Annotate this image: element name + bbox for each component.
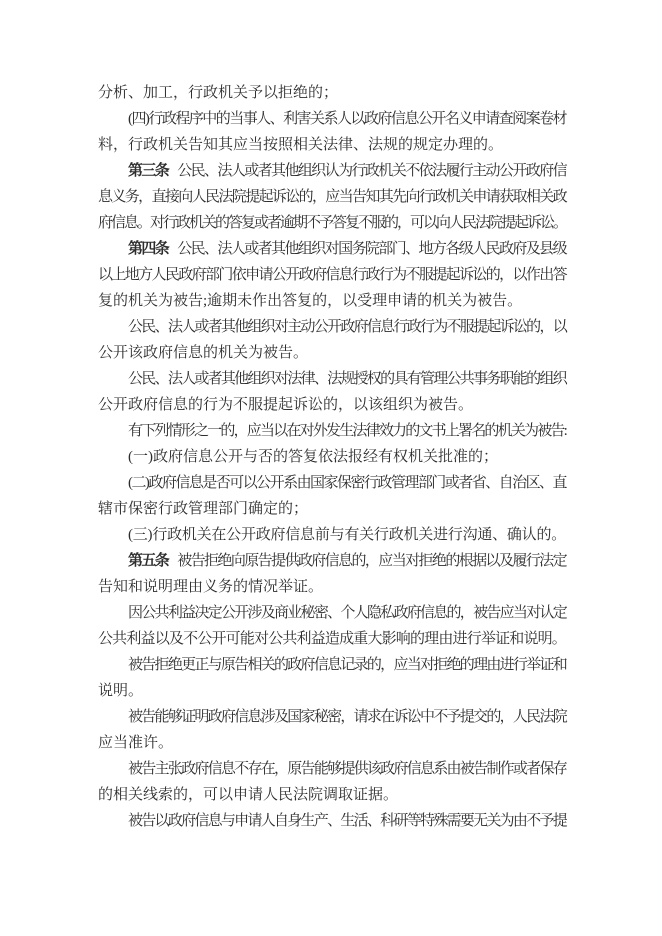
line-text: 公民、法人或者其他组织对主动公开政府信息行政行为不服提起诉讼的，以	[128, 319, 566, 335]
text-line: 公开政府信息的行为不服提起诉讼的，以该组织为被告。	[98, 392, 566, 418]
line-text: 息义务，直接向人民法院提起诉讼的，应当告知其先向行政机关申请获取相关政	[98, 189, 566, 205]
line-text: 被告能够证明政府信息涉及国家秘密，请求在诉讼中不予提交的，人民法院	[128, 709, 566, 725]
line-text: 因公共利益决定公开涉及商业秘密、个人隐私政府信息的，被告应当对认定	[128, 605, 566, 621]
text-line: 料，行政机关告知其应当按照相关法律、法规的规定办理的。	[98, 132, 566, 158]
text-line: 被告主张政府信息不存在，原告能够提供该政府信息系由被告制作或者保存	[98, 756, 566, 782]
line-text: 以上地方人民政府部门依申请公开政府信息行政行为不服提起诉讼的，以作出答	[98, 267, 566, 283]
article-number: 第五条	[128, 553, 168, 569]
line-text: (一)政府信息公开与否的答复依法报经有权机关批准的；	[128, 449, 498, 465]
text-line: 第五条被告拒绝向原告提供政府信息的，应当对拒绝的根据以及履行法定	[98, 548, 566, 574]
line-text: 被告以政府信息与申请人自身生产、生活、科研等特殊需要无关为由不予提	[128, 813, 566, 829]
text-line: 公民、法人或者其他组织对主动公开政府信息行政行为不服提起诉讼的，以	[98, 314, 566, 340]
line-text: 的相关线索的，可以申请人民法院调取证据。	[98, 787, 398, 803]
text-line: 告知和说明理由义务的情况举证。	[98, 574, 566, 600]
line-text: 辖市保密行政管理部门确定的；	[98, 501, 308, 517]
line-text: 公开政府信息的行为不服提起诉讼的，以该组织为被告。	[98, 397, 473, 413]
text-line: 的相关线索的，可以申请人民法院调取证据。	[98, 782, 566, 808]
text-line: 第四条公民、法人或者其他组织对国务院部门、地方各级人民政府及县级	[98, 236, 566, 262]
text-line: 应当准许。	[98, 730, 566, 756]
text-line: 公共利益以及不公开可能对公共利益造成重大影响的理由进行举证和说明。	[98, 626, 566, 652]
text-line: 第三条公民、法人或者其他组织认为行政机关不依法履行主动公开政府信	[98, 158, 566, 184]
line-text: 应当准许。	[98, 735, 173, 751]
text-line: 公开该政府信息的机关为被告。	[98, 340, 566, 366]
text-line: (二)政府信息是否可以公开系由国家保密行政管理部门或者省、自治区、直	[98, 470, 566, 496]
text-line: 说明。	[98, 678, 566, 704]
line-text: 复的机关为被告;逾期未作出答复的，以受理申请的机关为被告。	[98, 293, 522, 309]
line-text: 被告拒绝更正与原告相关的政府信息记录的，应当对拒绝的理由进行举证和	[128, 657, 566, 673]
line-text: 公民、法人或者其他组织对法律、法规授权的具有管理公共事务职能的组织	[128, 371, 566, 387]
line-text: 公民、法人或者其他组织对国务院部门、地方各级人民政府及县级	[177, 241, 566, 257]
line-text: (三)行政机关在公开政府信息前与有关行政机关进行沟通、确认的。	[128, 527, 566, 543]
text-line: (三)行政机关在公开政府信息前与有关行政机关进行沟通、确认的。	[98, 522, 566, 548]
line-text: 有下列情形之一的，应当以在对外发生法律效力的文书上署名的机关为被告:	[128, 423, 566, 439]
text-line: 府信息。对行政机关的答复或者逾期不予答复不服的，可以向人民法院提起诉讼。	[98, 210, 566, 236]
article-number: 第四条	[128, 241, 168, 257]
line-text: 府信息。对行政机关的答复或者逾期不予答复不服的，可以向人民法院提起诉讼。	[98, 215, 566, 231]
line-text: 公共利益以及不公开可能对公共利益造成重大影响的理由进行举证和说明。	[98, 631, 566, 647]
line-text: (四)行政程序中的当事人、利害关系人以政府信息公开名义申请查阅案卷材	[128, 111, 566, 127]
line-text: (二)政府信息是否可以公开系由国家保密行政管理部门或者省、自治区、直	[128, 475, 566, 491]
text-line: 有下列情形之一的，应当以在对外发生法律效力的文书上署名的机关为被告:	[98, 418, 566, 444]
line-text: 被告拒绝向原告提供政府信息的，应当对拒绝的根据以及履行法定	[177, 553, 566, 569]
line-text: 说明。	[98, 683, 143, 699]
line-text: 公民、法人或者其他组织认为行政机关不依法履行主动公开政府信	[177, 163, 566, 179]
line-text: 料，行政机关告知其应当按照相关法律、法规的规定办理的。	[98, 137, 503, 153]
text-line: (一)政府信息公开与否的答复依法报经有权机关批准的；	[98, 444, 566, 470]
text-line: 辖市保密行政管理部门确定的；	[98, 496, 566, 522]
line-text: 公开该政府信息的机关为被告。	[98, 345, 308, 361]
article-number: 第三条	[128, 163, 168, 179]
text-line: 以上地方人民政府部门依申请公开政府信息行政行为不服提起诉讼的，以作出答	[98, 262, 566, 288]
text-line: 公民、法人或者其他组织对法律、法规授权的具有管理公共事务职能的组织	[98, 366, 566, 392]
page: { "page": { "background": "#ffffff", "te…	[0, 0, 662, 936]
text-line: 复的机关为被告;逾期未作出答复的，以受理申请的机关为被告。	[98, 288, 566, 314]
text-line: (四)行政程序中的当事人、利害关系人以政府信息公开名义申请查阅案卷材	[98, 106, 566, 132]
line-text: 告知和说明理由义务的情况举证。	[98, 579, 323, 595]
text-line: 因公共利益决定公开涉及商业秘密、个人隐私政府信息的，被告应当对认定	[98, 600, 566, 626]
text-line: 分析、加工，行政机关予以拒绝的；	[98, 80, 566, 106]
text-line: 被告能够证明政府信息涉及国家秘密，请求在诉讼中不予提交的，人民法院	[98, 704, 566, 730]
line-text: 被告主张政府信息不存在，原告能够提供该政府信息系由被告制作或者保存	[128, 761, 566, 777]
text-line: 被告拒绝更正与原告相关的政府信息记录的，应当对拒绝的理由进行举证和	[98, 652, 566, 678]
document-text-block: 分析、加工，行政机关予以拒绝的； (四)行政程序中的当事人、利害关系人以政府信息…	[98, 80, 566, 834]
line-text: 分析、加工，行政机关予以拒绝的；	[98, 85, 338, 101]
text-line: 息义务，直接向人民法院提起诉讼的，应当告知其先向行政机关申请获取相关政	[98, 184, 566, 210]
text-line: 被告以政府信息与申请人自身生产、生活、科研等特殊需要无关为由不予提	[98, 808, 566, 834]
